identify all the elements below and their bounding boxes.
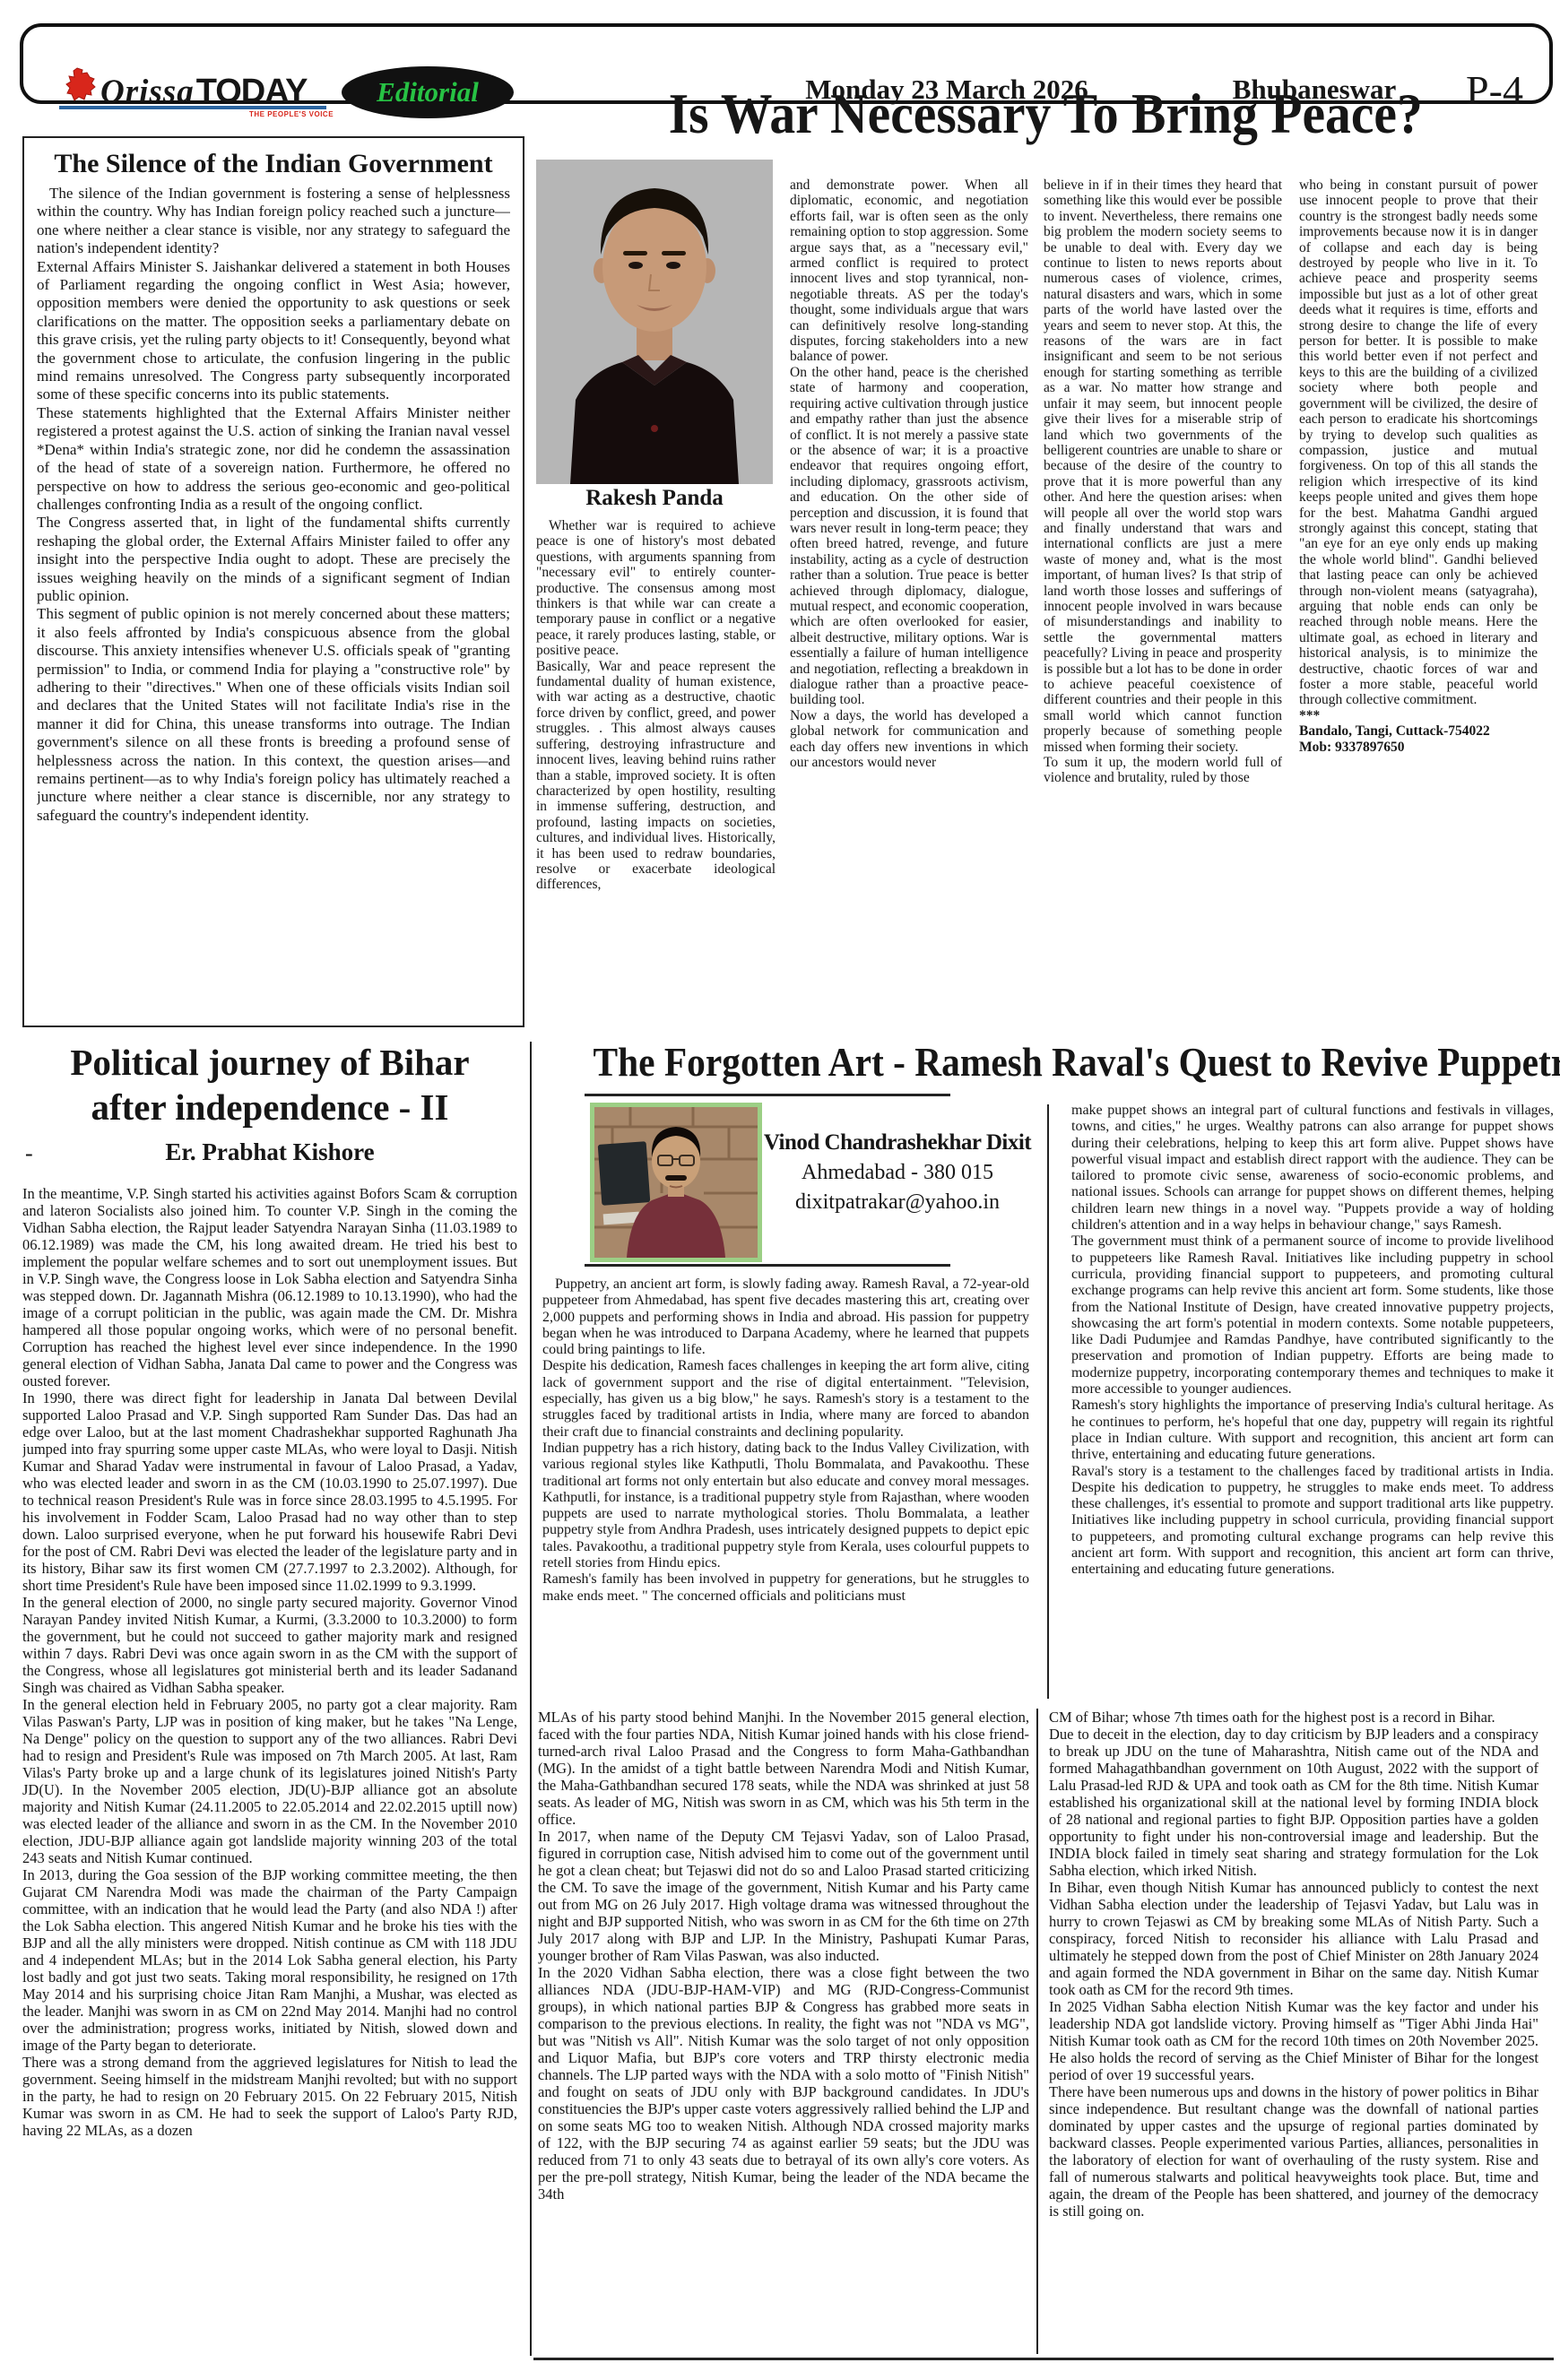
newspaper-page: Orissa TODAY THE PEOPLE'S VOICE Editoria… bbox=[0, 0, 1560, 2380]
article-war-col2: and demonstrate power. When all diplomat… bbox=[790, 177, 1028, 1024]
paragraph: To sum it up, the modern world full of v… bbox=[1044, 755, 1282, 786]
vinod-dixit-photo bbox=[590, 1103, 762, 1262]
column-divider bbox=[530, 1042, 532, 2356]
article-bihar-col2: MLAs of his party stood behind Manjhi. I… bbox=[538, 1709, 1029, 2354]
article-silence: The Silence of the Indian Government The… bbox=[22, 136, 524, 1027]
paragraph: Indian puppetry has a rich history, dati… bbox=[542, 1441, 1029, 1571]
paragraph: MLAs of his party stood behind Manjhi. I… bbox=[538, 1709, 1029, 1828]
paragraph: Now a days, the world has developed a gl… bbox=[790, 708, 1028, 771]
paragraph: In 1990, there was direct fight for lead… bbox=[22, 1389, 517, 1594]
editorial-badge: Editorial bbox=[342, 66, 514, 118]
brand-tagline: THE PEOPLE'S VOICE bbox=[249, 110, 334, 118]
war-signoff: *** bbox=[1299, 708, 1538, 723]
paragraph: In 2017, when name of the Deputy CM Teja… bbox=[538, 1828, 1029, 1964]
war-author-address: Bandalo, Tangi, Cuttack-754022 bbox=[1299, 723, 1538, 739]
article-bihar-title: Political journey of Bihar after indepen… bbox=[13, 1040, 526, 1129]
article-puppetry-col2: make puppet shows an integral part of cu… bbox=[1071, 1103, 1554, 1701]
author-name: Vinod Chandrashekhar Dixit bbox=[760, 1128, 1035, 1158]
war-author-mobile: Mob: 9337897650 bbox=[1299, 740, 1538, 755]
author-city: Ahmedabad - 380 015 bbox=[760, 1158, 1035, 1188]
article-puppetry-title: The Forgotten Art - Ramesh Raval's Quest… bbox=[538, 1038, 1554, 1086]
paragraph: The silence of the Indian government is … bbox=[37, 185, 510, 258]
paragraph: make puppet shows an integral part of cu… bbox=[1071, 1103, 1554, 1233]
paragraph: In the meantime, V.P. Singh started his … bbox=[22, 1185, 517, 1389]
paragraph: External Affairs Minister S. Jaishankar … bbox=[37, 258, 510, 404]
article-war-col4-text: who being in constant pursuit of power u… bbox=[1299, 177, 1538, 708]
paragraph: believe in if in their times they heard … bbox=[1044, 177, 1282, 755]
paragraph: Raval's story is a testament to the chal… bbox=[1071, 1464, 1554, 1579]
paragraph: In the general election of 2000, no sing… bbox=[22, 1594, 517, 1696]
paragraph: In 2013, during the Goa session of the B… bbox=[22, 1866, 517, 2054]
article-puppetry-col1: Puppetry, an ancient art form, is slowly… bbox=[542, 1277, 1029, 1701]
paragraph: Puppetry, an ancient art form, is slowly… bbox=[542, 1277, 1029, 1358]
paragraph: The government must think of a permanent… bbox=[1071, 1233, 1554, 1398]
divider-rule bbox=[585, 1094, 950, 1096]
paragraph: There have been numerous ups and downs i… bbox=[1049, 2083, 1538, 2220]
paragraph: On the other hand, peace is the cherishe… bbox=[790, 365, 1028, 708]
paragraph: and demonstrate power. When all diplomat… bbox=[790, 177, 1028, 365]
article-puppetry-author-block: Vinod Chandrashekhar Dixit Ahmedabad - 3… bbox=[760, 1128, 1035, 1217]
column-divider bbox=[1036, 1709, 1038, 2354]
article-war-col4: who being in constant pursuit of power u… bbox=[1299, 177, 1538, 1024]
paragraph: Ramesh's family has been involved in pup… bbox=[542, 1571, 1029, 1605]
bottom-rule bbox=[533, 2358, 1554, 2360]
paragraph: This segment of public opinion is not me… bbox=[37, 605, 510, 825]
paragraph: Due to deceit in the election, day to da… bbox=[1049, 1726, 1538, 1879]
paragraph: In Bihar, even though Nitish Kumar has a… bbox=[1049, 1879, 1538, 1998]
paragraph: CM of Bihar; whose 7th times oath for th… bbox=[1049, 1709, 1538, 1726]
article-war-col3: believe in if in their times they heard … bbox=[1044, 177, 1282, 1024]
rakesh-panda-photo bbox=[536, 160, 773, 484]
paragraph: In the general election held in February… bbox=[22, 1696, 517, 1866]
paragraph: In 2025 Vidhan Sabha election Nitish Kum… bbox=[1049, 1998, 1538, 2083]
paragraph: who being in constant pursuit of power u… bbox=[1299, 177, 1538, 708]
article-silence-body: The silence of the Indian government is … bbox=[37, 185, 510, 999]
column-divider bbox=[1047, 1104, 1049, 1699]
paragraph: In the 2020 Vidhan Sabha election, there… bbox=[538, 1964, 1029, 2203]
editorial-badge-label: Editorial bbox=[377, 76, 479, 108]
brand-logo: Orissa TODAY bbox=[65, 66, 308, 111]
odisha-map-icon bbox=[65, 66, 97, 107]
article-bihar-col1: In the meantime, V.P. Singh started his … bbox=[22, 1185, 517, 2374]
paragraph: The Congress asserted that, in light of … bbox=[37, 514, 510, 605]
article-bihar-col3: CM of Bihar; whose 7th times oath for th… bbox=[1049, 1709, 1538, 2374]
paragraph: These statements highlighted that the Ex… bbox=[37, 404, 510, 514]
paragraph: There was a strong demand from the aggri… bbox=[22, 2054, 517, 2139]
paragraph: Basically, War and peace represent the f… bbox=[536, 659, 776, 893]
photo-caption: Rakesh Panda bbox=[536, 486, 773, 511]
article-war-title: Is War Necessary To Bring Peace? bbox=[538, 81, 1554, 147]
paragraph: Despite his dedication, Ramesh faces cha… bbox=[542, 1358, 1029, 1440]
author-email: dixitpatrakar@yahoo.in bbox=[760, 1188, 1035, 1217]
paragraph: Whether war is required to achieve peace… bbox=[536, 518, 776, 659]
divider-rule bbox=[585, 1264, 950, 1267]
article-silence-title: The Silence of the Indian Government bbox=[31, 149, 516, 179]
article-war-col1: Whether war is required to achieve peace… bbox=[536, 518, 776, 1022]
logo-underline bbox=[59, 106, 326, 109]
article-bihar-author: Er. Prabhat Kishore bbox=[13, 1138, 526, 1166]
paragraph: Ramesh's story highlights the importance… bbox=[1071, 1398, 1554, 1463]
